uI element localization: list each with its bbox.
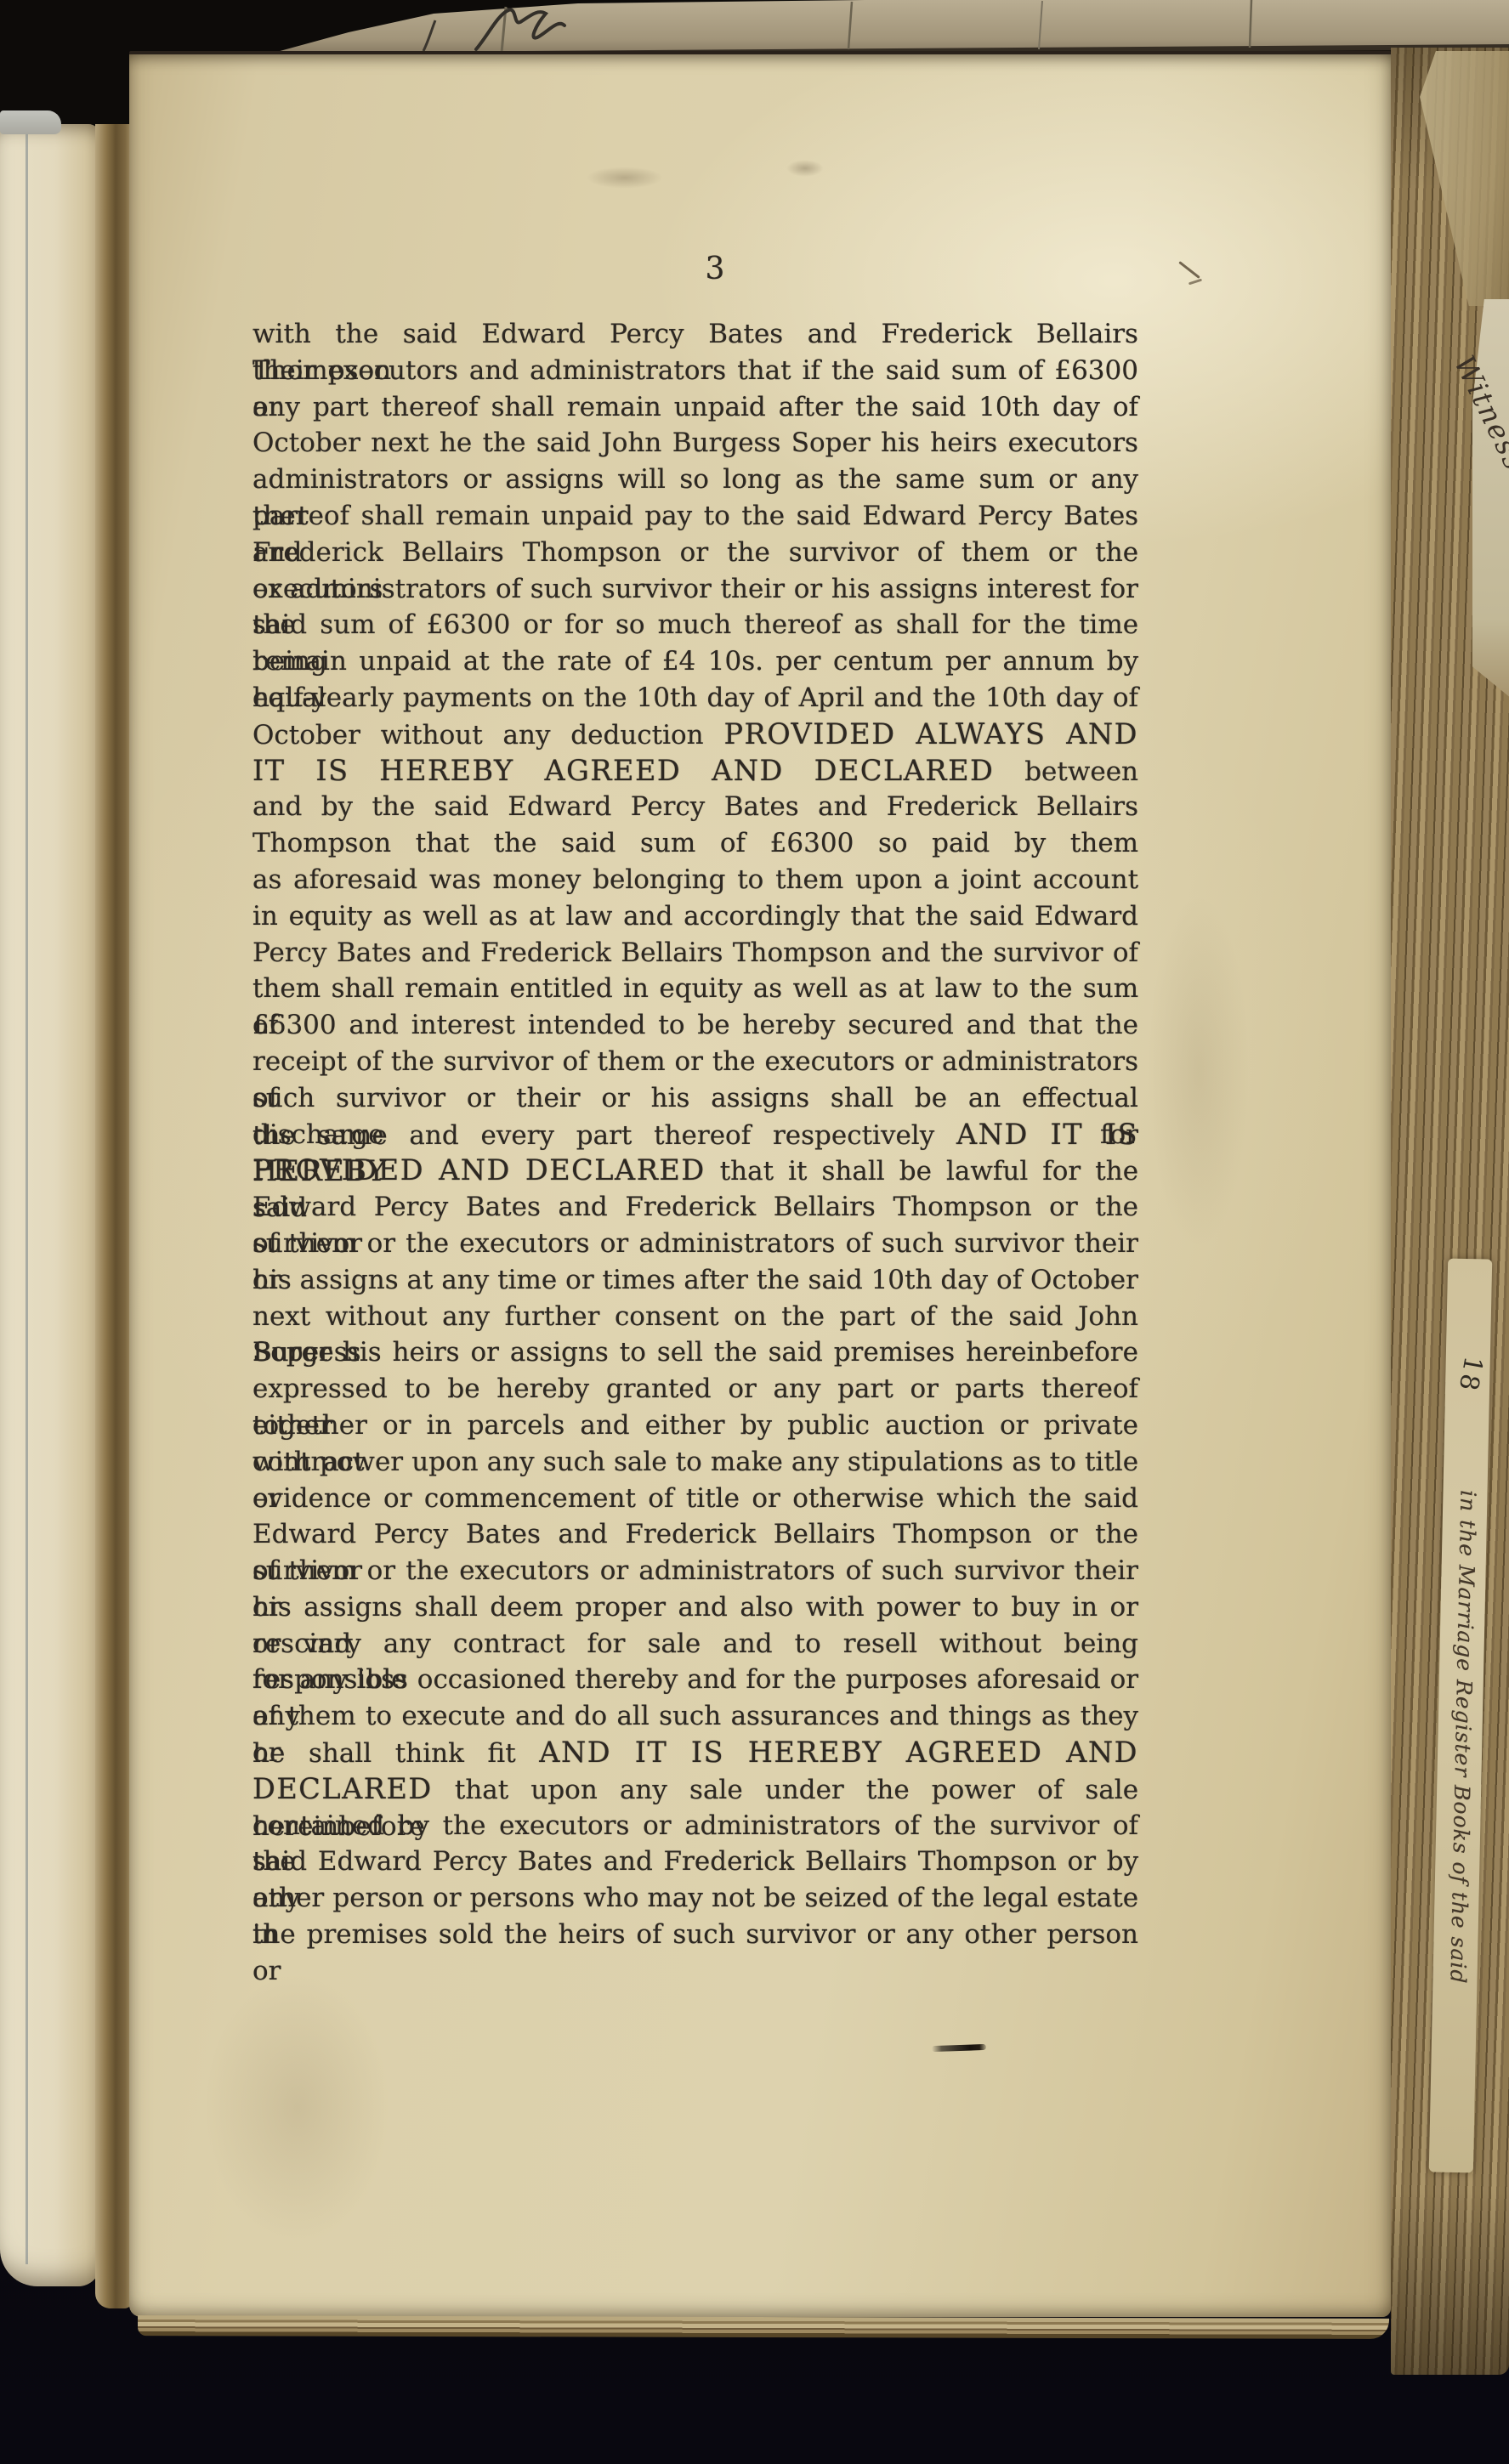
text-line: them shall remain entitled in equity as … [252,971,1138,1007]
text-line: administrators or assigns will so long a… [252,462,1138,498]
emphasized-caps: IT [252,754,286,787]
text-line: he shall think fit AND IT IS HEREBY AGRE… [252,1735,1138,1771]
emphasized-caps: AND [1066,1736,1138,1769]
page-corner-sliver [0,110,61,134]
emphasized-caps: DECLARED [525,1153,706,1187]
text-line: or administrators of such survivor their… [252,571,1138,608]
text-line: of them or the executors or administrato… [252,1226,1138,1262]
deed-text-block: with the said Edward Percy Bates and Fre… [252,316,1138,1953]
text-line: their executors and administrators that … [252,353,1138,389]
text-line: together or in parcels and either by pub… [252,1408,1138,1444]
emphasized-caps: AND [712,754,784,787]
edge-page-number: 18 [1453,1354,1489,1395]
emphasized-caps: PROVIDED [252,1153,424,1187]
text-line: next without any further consent on the … [252,1299,1138,1335]
emphasized-caps: AND [1066,717,1138,751]
emphasized-caps: HEREBY [748,1736,882,1769]
text-line: as aforesaid was money belonging to them… [252,862,1138,898]
emphasized-caps: IT [635,1736,668,1769]
text-line: October next he the said John Burgess So… [252,425,1138,462]
emphasized-caps: AGREED [906,1736,1043,1769]
text-line: Percy Bates and Frederick Bellairs Thomp… [252,935,1138,971]
emphasized-caps: AGREED [544,754,681,787]
page-number: 3 [685,252,745,286]
text-line: said sum of £6300 or for so much thereof… [252,607,1138,643]
text-line: of them to execute and do all such assur… [252,1698,1138,1735]
text-line: contained by the executors or administra… [252,1808,1138,1844]
text-line: with the said Edward Percy Bates and Fre… [252,316,1138,353]
text-line: such survivor or their or his assigns sh… [252,1080,1138,1117]
text-line: thereof shall remain unpaid pay to the s… [252,498,1138,535]
book-photograph: 3 with the said Edward Percy Bates and F… [0,0,1509,2464]
text-line: and by the said Edward Percy Bates and F… [252,789,1138,825]
text-line: October without any deduction PROVIDED A… [252,717,1138,753]
emphasized-caps: DECLARED [252,1772,433,1805]
text-line: any part thereof shall remain unpaid aft… [252,389,1138,426]
text-line: for any loss occasioned thereby and for … [252,1662,1138,1698]
emphasized-caps: AND [439,1153,511,1187]
facing-page-margin-rule [26,133,28,2264]
text-line: DECLARED that upon any sale under the po… [252,1771,1138,1808]
facing-page [0,124,100,2286]
emphasized-caps: AND [539,1736,611,1769]
book-gutter [95,124,133,2308]
text-line: half-yearly payments on the 10th day of … [252,680,1138,717]
text-line: or vary any contract for sale and to res… [252,1626,1138,1662]
text-line: of them or the executors or administrato… [252,1553,1138,1589]
emphasized-caps: ALWAYS [916,717,1046,751]
page-fore-edge: 18 in the Marriage Register Books of the… [1391,48,1509,2375]
text-line: evidence or commencement of title or oth… [252,1481,1138,1517]
text-line: his assigns shall deem proper and also w… [252,1589,1138,1626]
text-line: Edward Percy Bates and Frederick Bellair… [252,1189,1138,1226]
emphasized-caps: AND [956,1118,1029,1151]
emphasized-caps: IS [1105,1118,1138,1151]
emphasized-caps: HEREBY [379,754,513,787]
text-line: expressed to be hereby granted or any pa… [252,1371,1138,1408]
text-line: Thompson that the said sum of £6300 so p… [252,825,1138,862]
text-line: other person or persons who may not be s… [252,1880,1138,1917]
text-line: in equity as well as at law and accordin… [252,898,1138,935]
text-line: with power upon any such sale to make an… [252,1444,1138,1481]
text-line: Frederick Bellairs Thompson or the survi… [252,535,1138,571]
text-line: PROVIDED AND DECLARED that it shall be l… [252,1153,1138,1189]
emphasized-caps: PROVIDED [723,717,895,751]
text-line: the same and every part thereof respecti… [252,1117,1138,1153]
emphasized-caps: IS [691,1736,724,1769]
protruding-page-edge: 18 in the Marriage Register Books of the… [1429,1259,1493,2173]
text-line: his assigns at any time or times after t… [252,1262,1138,1299]
text-line: Edward Percy Bates and Frederick Bellair… [252,1516,1138,1553]
text-line: £6300 and interest intended to be hereby… [252,1007,1138,1044]
text-line: Soper his heirs or assigns to sell the s… [252,1334,1138,1371]
text-line: IT IS HEREBY AGREED AND DECLARED between [252,753,1138,790]
text-line: the premises sold the heirs of such surv… [252,1917,1138,1953]
text-line: said Edward Percy Bates and Frederick Be… [252,1844,1138,1880]
emphasized-caps: IS [315,754,349,787]
text-line: remain unpaid at the rate of £4 10s. per… [252,643,1138,680]
emphasized-caps: IT [1051,1118,1084,1151]
edge-vertical-text: in the Marriage Register Books of the sa… [1438,1490,1481,2137]
fore-edge-highlight [1420,51,1509,306]
emphasized-caps: DECLARED [814,754,995,787]
text-line: receipt of the survivor of them or the e… [252,1044,1138,1080]
